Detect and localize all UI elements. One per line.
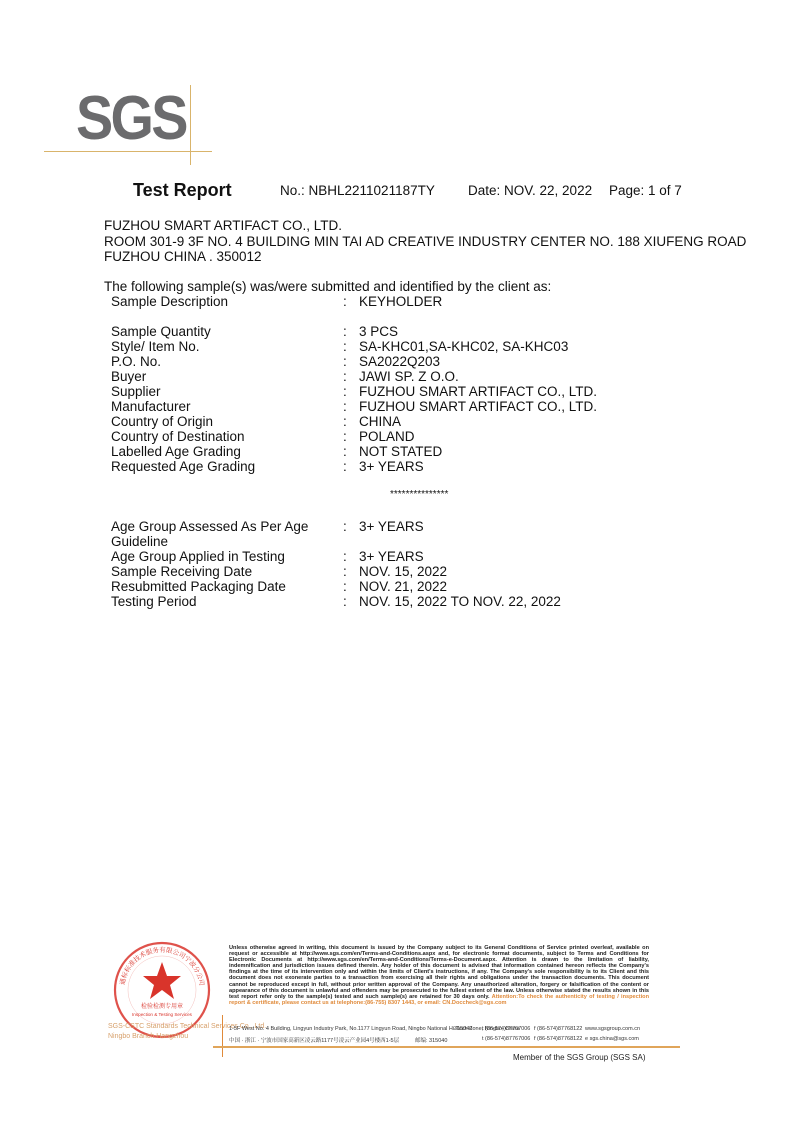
field-colon: : — [343, 429, 347, 444]
field-label: Style/ Item No. — [111, 339, 331, 354]
field-value: FUZHOU SMART ARTIFACT CO., LTD. — [359, 399, 597, 414]
field-value: POLAND — [359, 429, 415, 444]
field-label: Age Group Assessed As Per AgeGuideline — [111, 519, 341, 549]
email-link[interactable]: e sgs.china@sgs.com — [585, 1036, 639, 1042]
svg-text:Inspection & Testing Services: Inspection & Testing Services — [132, 1012, 193, 1017]
field-label: Country of Destination — [111, 429, 331, 444]
field-label: Country of Origin — [111, 414, 331, 429]
field-colon: : — [343, 414, 347, 429]
field-label: Sample Description — [111, 294, 331, 309]
field-label: Sample Receiving Date — [111, 564, 341, 579]
fax-cn: f (86-574)87768122 — [534, 1036, 582, 1042]
address-cn: 中国 · 浙江 · 宁波市国家高新区凌云路1177号凌云产业园4号楼西1-5层 — [229, 1036, 399, 1044]
field-colon: : — [343, 594, 347, 609]
field-value: NOV. 15, 2022 TO NOV. 22, 2022 — [359, 594, 561, 609]
field-colon: : — [343, 564, 347, 579]
field-colon: : — [343, 579, 347, 594]
legal-text: Unless otherwise agreed in writing, this… — [229, 945, 649, 1000]
address-en: 1-5F West No. 4 Building, Lingyun Indust… — [229, 1026, 520, 1032]
star-icon — [143, 962, 181, 999]
field-label: Testing Period — [111, 594, 341, 609]
field-value: NOV. 15, 2022 — [359, 564, 447, 579]
field-value: 3+ YEARS — [359, 459, 424, 474]
field-value: SA2022Q203 — [359, 354, 440, 369]
field-label: Sample Quantity — [111, 324, 331, 339]
intro-text: The following sample(s) was/were submitt… — [104, 279, 551, 294]
client-address-line-1: ROOM 301-9 3F NO. 4 BUILDING MIN TAI AD … — [104, 234, 746, 250]
field-colon: : — [343, 459, 347, 474]
telephone-cn: t (86-574)87767006 — [482, 1036, 530, 1042]
report-number: No.: NBHL2211021187TY — [280, 183, 435, 198]
field-value: NOT STATED — [359, 444, 442, 459]
postcode-cn: 邮编: 315040 — [415, 1036, 447, 1044]
postcode-en: 315040 — [454, 1026, 472, 1032]
field-colon: : — [343, 354, 347, 369]
field-colon: : — [343, 369, 347, 384]
field-colon: : — [343, 399, 347, 414]
member-note: Member of the SGS Group (SGS SA) — [513, 1053, 646, 1062]
field-colon: : — [343, 519, 347, 534]
telephone: t (86-574)87767006 — [482, 1026, 530, 1032]
field-colon: : — [343, 384, 347, 399]
fax: f (86-574)87768122 — [534, 1026, 582, 1032]
field-label: Requested Age Grading — [111, 459, 331, 474]
field-label: Labelled Age Grading — [111, 444, 331, 459]
footer-divider — [213, 1046, 680, 1048]
sgs-logo: SGS — [40, 80, 220, 160]
report-date: Date: NOV. 22, 2022 — [468, 183, 592, 198]
field-value: 3 PCS — [359, 324, 398, 339]
field-label: Resubmitted Packaging Date — [111, 579, 341, 594]
field-label: Supplier — [111, 384, 331, 399]
page-indicator: Page: 1 of 7 — [609, 183, 682, 198]
logo-text: SGS — [76, 88, 186, 150]
footer: 检验检测专用章 Inspection & Testing Services 通标… — [0, 930, 800, 1130]
field-colon: : — [343, 339, 347, 354]
footer-divider-vertical — [222, 1015, 223, 1057]
field-label: P.O. No. — [111, 354, 331, 369]
field-value: JAWI SP. Z O.O. — [359, 369, 459, 384]
stamp-branch-name: Ningbo Branch Hangzhou — [108, 1033, 188, 1040]
field-value: 3+ YEARS — [359, 549, 424, 564]
field-value: NOV. 21, 2022 — [359, 579, 447, 594]
field-colon: : — [343, 444, 347, 459]
logo-accent-line-vertical — [190, 85, 191, 165]
field-label: Buyer — [111, 369, 331, 384]
report-title: Test Report — [133, 180, 232, 201]
separator-stars: *************** — [390, 489, 448, 500]
field-value: KEYHOLDER — [359, 294, 442, 309]
field-value: CHINA — [359, 414, 401, 429]
field-colon: : — [343, 324, 347, 339]
report-header: Test Report No.: NBHL2211021187TY Date: … — [0, 180, 800, 204]
logo-accent-line — [44, 151, 212, 152]
client-name: FUZHOU SMART ARTIFACT CO., LTD. — [104, 218, 746, 234]
field-label: Manufacturer — [111, 399, 331, 414]
client-address-line-2: FUZHOU CHINA . 350012 — [104, 249, 746, 265]
field-value: SA-KHC01,SA-KHC02, SA-KHC03 — [359, 339, 568, 354]
field-label: Age Group Applied in Testing — [111, 549, 341, 564]
field-colon: : — [343, 549, 347, 564]
field-value: 3+ YEARS — [359, 519, 424, 534]
legal-disclaimer: Unless otherwise agreed in writing, this… — [229, 945, 649, 1006]
field-value: FUZHOU SMART ARTIFACT CO., LTD. — [359, 384, 597, 399]
website-link[interactable]: www.sgsgroup.com.cn — [585, 1026, 640, 1032]
svg-text:检验检测专用章: 检验检测专用章 — [141, 1002, 183, 1010]
field-colon: : — [343, 294, 347, 309]
client-address-block: FUZHOU SMART ARTIFACT CO., LTD. ROOM 301… — [104, 218, 746, 265]
